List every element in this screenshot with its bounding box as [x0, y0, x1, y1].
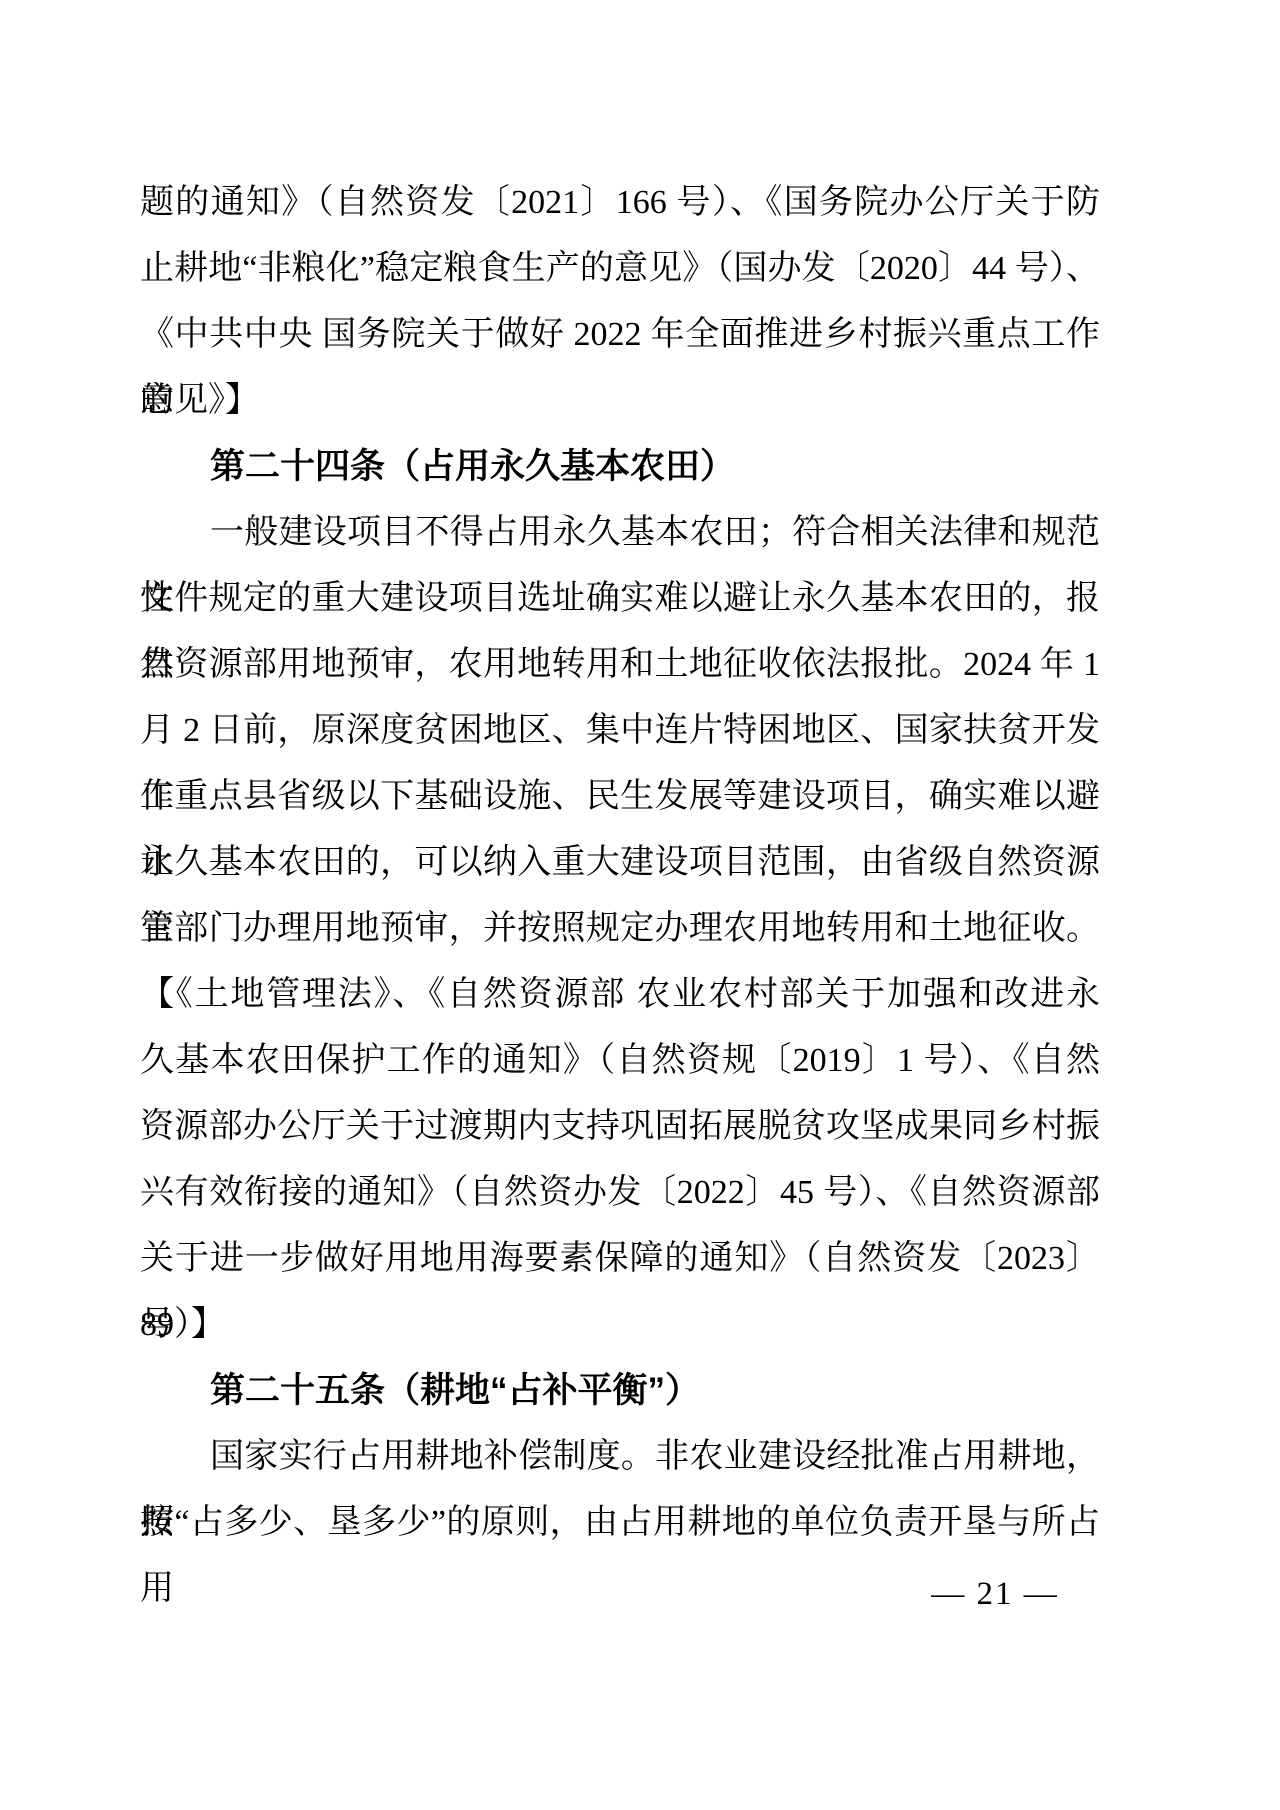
body-line: 题的通知》（自然资发〔2021〕166 号）、《国务院办公厅关于防 [140, 170, 1100, 236]
body-line: 久基本农田保护工作的通知》（自然资规〔2019〕1 号）、《自然 [140, 1028, 1100, 1094]
body-line: 意见》】 [140, 368, 1100, 434]
body-line: 止耕地“非粮化”稳定粮食生产的意见》（国办发〔2020〕44 号）、 [140, 236, 1100, 302]
document-body: 题的通知》（自然资发〔2021〕166 号）、《国务院办公厅关于防 止耕地“非粮… [140, 170, 1100, 1556]
body-line: 兴有效衔接的通知》（自然资办发〔2022〕45 号）、《自然资源部 [140, 1160, 1100, 1226]
body-line: 作重点县省级以下基础设施、民生发展等建设项目，确实难以避让 [140, 764, 1100, 830]
body-line: 《中共中央 国务院关于做好 2022 年全面推进乡村振兴重点工作的 [140, 302, 1100, 368]
body-line: 国家实行占用耕地补偿制度。非农业建设经批准占用耕地，按 [140, 1424, 1100, 1490]
body-line: 文件规定的重大建设项目选址确实难以避让永久基本农田的，报自 [140, 566, 1100, 632]
article-25-heading: 第二十五条（耕地“占补平衡”） [140, 1358, 1100, 1424]
body-line: 资源部办公厅关于过渡期内支持巩固拓展脱贫攻坚成果同乡村振 [140, 1094, 1100, 1160]
body-line: 然资源部用地预审，农用地转用和土地征收依法报批。2024 年 1 [140, 632, 1100, 698]
article-24-heading: 第二十四条（占用永久基本农田） [140, 434, 1100, 500]
body-line: 月 2 日前，原深度贫困地区、集中连片特困地区、国家扶贫开发工 [140, 698, 1100, 764]
document-page: 题的通知》（自然资发〔2021〕166 号）、《国务院办公厅关于防 止耕地“非粮… [0, 0, 1280, 1810]
body-line: 管部门办理用地预审，并按照规定办理农用地转用和土地征收。 [140, 896, 1100, 962]
body-line: 号）】 [140, 1292, 1100, 1358]
body-line: 关于进一步做好用地用海要素保障的通知》（自然资发〔2023〕89 [140, 1226, 1100, 1292]
page-number: — 21 — [920, 1572, 1070, 1616]
body-line: 永久基本农田的，可以纳入重大建设项目范围，由省级自然资源主 [140, 830, 1100, 896]
body-line: 【《土地管理法》、《自然资源部 农业农村部关于加强和改进永 [140, 962, 1100, 1028]
body-line: 一般建设项目不得占用永久基本农田；符合相关法律和规范性 [140, 500, 1100, 566]
body-line: 照“占多少、垦多少”的原则，由占用耕地的单位负责开垦与所占用 [140, 1490, 1100, 1556]
